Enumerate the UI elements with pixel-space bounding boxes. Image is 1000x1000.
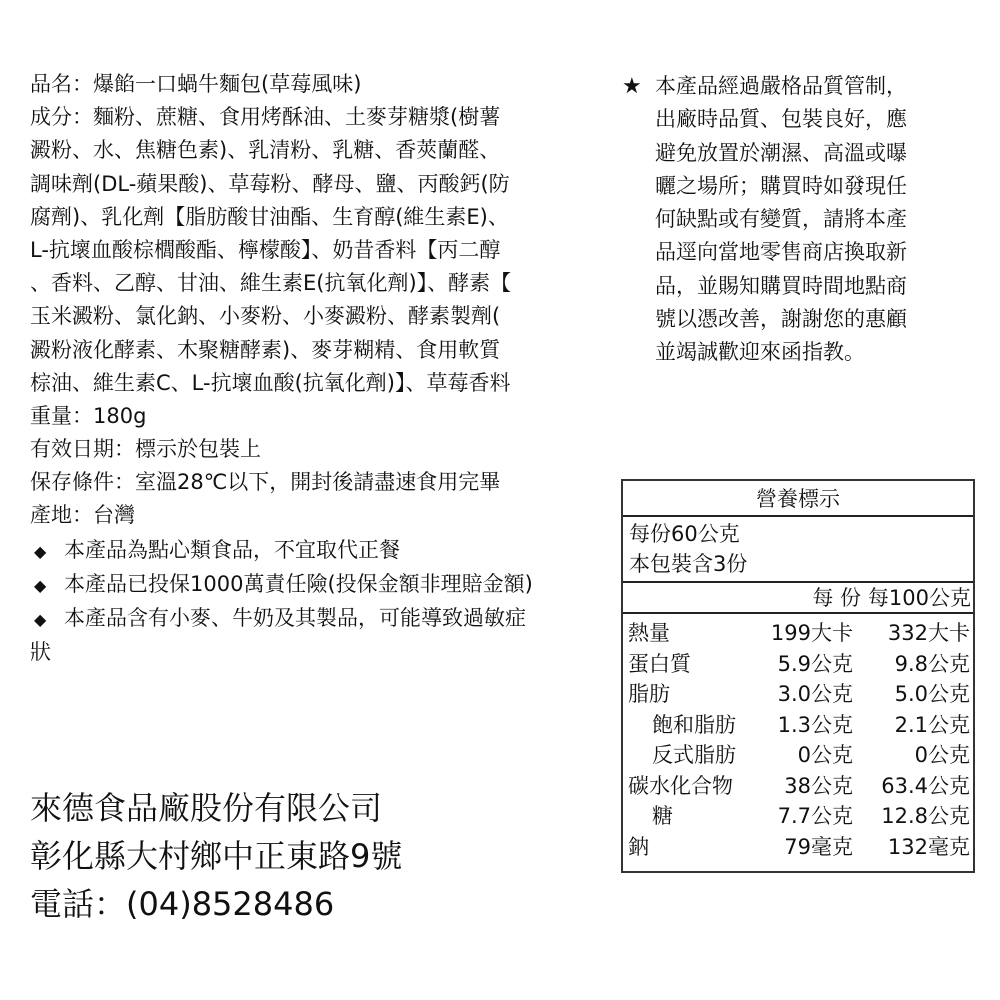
ingredients-line: 玉米澱粉、氯化鈉、小麥粉、小麥澱粉、酵素製劑( bbox=[30, 300, 600, 333]
nutrient-row-fat: 脂肪 3.0公克 5.0公克 bbox=[623, 679, 973, 710]
company-address: 彰化縣大村鄉中正東路9號 bbox=[30, 832, 402, 880]
product-name-line: 品名：爆餡一口蝸牛麵包(草莓風味) bbox=[30, 68, 600, 101]
servings-per-pack: 本包裝含3份 bbox=[629, 549, 973, 579]
ingredients-line: 腐劑)、乳化劑【脂肪酸甘油酯、生育醇(維生素E)、 bbox=[30, 201, 600, 234]
warning-text: 本產品已投保1000萬責任險(投保金額非理賠金額) bbox=[64, 572, 533, 596]
expiry-line: 有效日期：標示於包裝上 bbox=[30, 433, 600, 466]
nutrient-per-serving: 7.7公克 bbox=[778, 801, 853, 832]
storage-line: 保存條件：室溫28℃以下，開封後請盡速食用完畢 bbox=[30, 466, 600, 499]
nutrient-row-sugar: 糖 7.7公克 12.8公克 bbox=[623, 801, 973, 832]
notice-line: 並竭誠歡迎來函指教。 bbox=[655, 336, 982, 369]
diamond-bullet-icon: ◆ bbox=[30, 535, 64, 569]
nutrient-name: 熱量 bbox=[628, 618, 670, 649]
notice-line: 號以憑改善，謝謝您的惠顧 bbox=[655, 303, 982, 336]
nutrient-per-serving: 38公克 bbox=[784, 771, 853, 802]
warning-item: ◆本產品為點心類食品，不宜取代正餐 bbox=[30, 533, 600, 567]
warning-text: 本產品含有小麥、牛奶及其製品，可能導致過敏症 bbox=[64, 606, 526, 630]
nutrient-rows: 熱量 199大卡 332大卡 蛋白質 5.9公克 9.8公克 脂肪 3.0公克 … bbox=[623, 614, 973, 862]
nutrient-name: 反式脂肪 bbox=[652, 740, 736, 771]
ingredients-line: 調味劑(DL-蘋果酸)、草莓粉、酵母、鹽、丙酸鈣(防 bbox=[30, 168, 600, 201]
nutrient-per-serving: 5.9公克 bbox=[778, 649, 853, 680]
warning-item: ◆本產品含有小麥、牛奶及其製品，可能導致過敏症 bbox=[30, 601, 600, 635]
ingredients-line: 澱粉液化酵素、木聚糖酵素)、麥芽糊精、食用軟質 bbox=[30, 334, 600, 367]
col-per-100g: 每100公克 bbox=[868, 583, 971, 614]
nutrient-per-100g: 63.4公克 bbox=[881, 771, 970, 802]
nutrient-name: 鈉 bbox=[628, 832, 649, 863]
diamond-bullet-icon: ◆ bbox=[30, 603, 64, 637]
company-phone: 電話：(04)8528486 bbox=[30, 880, 402, 928]
notice-line: 品逕向當地零售商店換取新 bbox=[655, 236, 982, 269]
nutrient-per-100g: 0公克 bbox=[915, 740, 970, 771]
nutrition-facts-table: 營養標示 每份60公克 本包裝含3份 每 份 每100公克 熱量 199大卡 3… bbox=[621, 479, 975, 873]
nutrient-per-100g: 5.0公克 bbox=[895, 679, 970, 710]
nutrient-name: 蛋白質 bbox=[628, 649, 691, 680]
nutrient-row-carbohydrate: 碳水化合物 38公克 63.4公克 bbox=[623, 771, 973, 802]
ingredients-line: 成分：麵粉、蔗糖、食用烤酥油、土麥芽糖漿(樹薯 bbox=[30, 101, 600, 134]
ingredients-line: 、香料、乙醇、甘油、維生素E(抗氧化劑)】、酵素【 bbox=[30, 267, 600, 300]
nutrient-row-sodium: 鈉 79毫克 132毫克 bbox=[623, 832, 973, 863]
warning-item: ◆本產品已投保1000萬責任險(投保金額非理賠金額) bbox=[30, 567, 600, 601]
weight-line: 重量：180g bbox=[30, 400, 600, 433]
nutrient-per-100g: 12.8公克 bbox=[881, 801, 970, 832]
nutrient-per-serving: 0公克 bbox=[798, 740, 853, 771]
company-info: 來德食品廠股份有限公司 彰化縣大村鄉中正東路9號 電話：(04)8528486 bbox=[30, 784, 402, 928]
warning-text: 本產品為點心類食品，不宜取代正餐 bbox=[64, 538, 400, 562]
company-name: 來德食品廠股份有限公司 bbox=[30, 784, 402, 832]
nutrient-per-100g: 332大卡 bbox=[888, 618, 970, 649]
nutrient-per-100g: 132毫克 bbox=[888, 832, 970, 863]
nutrient-per-serving: 199大卡 bbox=[771, 618, 853, 649]
quality-notice: ★ 本產品經過嚴格品質管制， 出廠時品質、包裝良好，應 避免放置於潮濕、高溫或曝… bbox=[622, 70, 982, 370]
serving-size: 每份60公克 bbox=[629, 519, 973, 549]
ingredients-line: 澱粉、水、焦糖色素)、乳清粉、乳糖、香莢蘭醛、 bbox=[30, 134, 600, 167]
warning-wrap-text: 狀 bbox=[30, 635, 600, 669]
nutrient-name: 脂肪 bbox=[628, 679, 670, 710]
nutrient-per-serving: 3.0公克 bbox=[778, 679, 853, 710]
notice-line: 曬之場所；購買時如發現任 bbox=[655, 170, 982, 203]
nutrition-title: 營養標示 bbox=[623, 481, 973, 517]
product-info: 品名：爆餡一口蝸牛麵包(草莓風味) 成分：麵粉、蔗糖、食用烤酥油、土麥芽糖漿(樹… bbox=[30, 68, 600, 669]
warnings-list: ◆本產品為點心類食品，不宜取代正餐 ◆本產品已投保1000萬責任險(投保金額非理… bbox=[30, 533, 600, 669]
ingredients-line: L-抗壞血酸棕櫚酸酯、檸檬酸】、奶昔香料【丙二醇 bbox=[30, 234, 600, 267]
column-headers: 每 份 每100公克 bbox=[623, 583, 973, 614]
origin-line: 產地：台灣 bbox=[30, 499, 600, 532]
notice-line: 品，並賜知購買時間地點商 bbox=[655, 270, 982, 303]
nutrient-row-saturated-fat: 飽和脂肪 1.3公克 2.1公克 bbox=[623, 710, 973, 741]
nutrient-row-trans-fat: 反式脂肪 0公克 0公克 bbox=[623, 740, 973, 771]
nutrient-name: 飽和脂肪 bbox=[652, 710, 736, 741]
notice-line: 何缺點或有變質，請將本產 bbox=[655, 203, 982, 236]
nutrient-name: 碳水化合物 bbox=[628, 771, 733, 802]
notice-line: 避免放置於潮濕、高溫或曝 bbox=[655, 137, 982, 170]
nutrient-per-serving: 1.3公克 bbox=[778, 710, 853, 741]
serving-info: 每份60公克 本包裝含3份 bbox=[623, 517, 973, 583]
diamond-bullet-icon: ◆ bbox=[30, 569, 64, 603]
nutrient-per-serving: 79毫克 bbox=[784, 832, 853, 863]
nutrient-row-protein: 蛋白質 5.9公克 9.8公克 bbox=[623, 649, 973, 680]
nutrient-per-100g: 9.8公克 bbox=[895, 649, 970, 680]
col-per-serving: 每 份 bbox=[812, 583, 861, 614]
nutrient-row-calories: 熱量 199大卡 332大卡 bbox=[623, 618, 973, 649]
notice-line: 本產品經過嚴格品質管制， bbox=[655, 70, 982, 103]
nutrient-per-100g: 2.1公克 bbox=[895, 710, 970, 741]
star-icon: ★ bbox=[622, 70, 642, 103]
notice-line: 出廠時品質、包裝良好，應 bbox=[655, 103, 982, 136]
nutrient-name: 糖 bbox=[652, 801, 673, 832]
ingredients-line: 棕油、維生素C、L-抗壞血酸(抗氧化劑)】、草莓香料 bbox=[30, 367, 600, 400]
